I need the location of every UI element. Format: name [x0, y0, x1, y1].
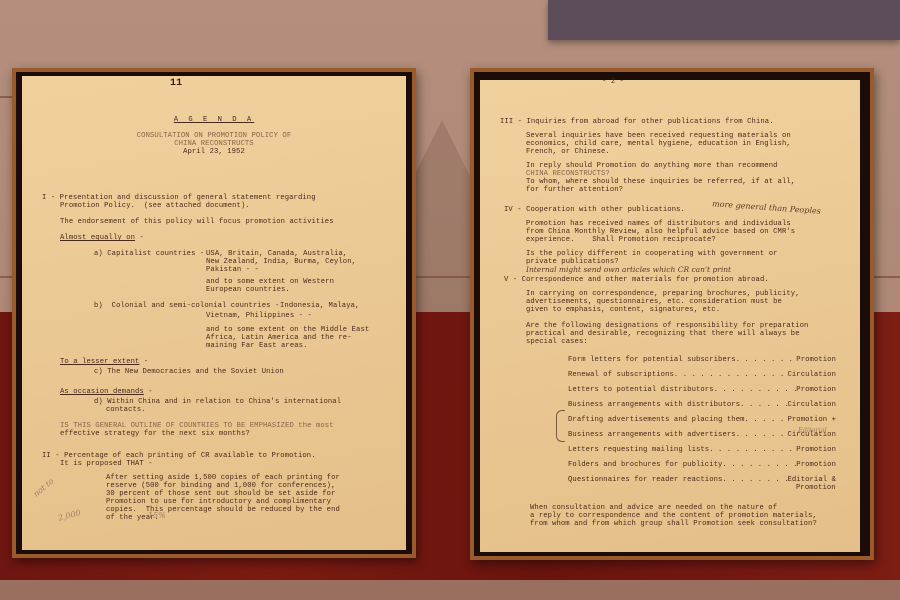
- section-heading: Promotion Policy. (see attached document…: [60, 202, 250, 210]
- department-label: Promotion: [796, 461, 836, 469]
- handwritten-note: Editorial: [798, 426, 827, 434]
- dash: -: [139, 358, 148, 366]
- section-heading: II - Percentage of each printing of CR a…: [42, 452, 316, 460]
- list-item-label: b) Colonial and semi-colonial countries …: [94, 302, 284, 310]
- task-label: Business arrangements with advertisers: [568, 431, 736, 439]
- question-line: practical and desirable, recognizing tha…: [526, 330, 800, 338]
- question-line: special cases:: [526, 338, 588, 346]
- page-number: - 2 -: [602, 78, 624, 86]
- responsibility-row: Questionnaires for reader reactions . . …: [568, 476, 836, 484]
- question-line: In reply should Promotion do anything mo…: [526, 162, 778, 170]
- text-line: maining Far East areas.: [206, 342, 308, 350]
- text-line: and to some extent on the Middle East: [206, 326, 369, 334]
- leader-dots: . . . . . . . . . . . . . . . . . . . . …: [745, 416, 788, 424]
- section-heading: It is proposed THAT -: [60, 460, 153, 468]
- responsibility-row: Folders and brochures for publicity . . …: [568, 461, 836, 469]
- floor: [0, 580, 900, 600]
- dash: -: [144, 388, 153, 396]
- dash: -: [135, 234, 144, 242]
- leader-dots: . . . . . . . . . . . . . . . . . . . . …: [722, 461, 796, 469]
- text-line: Promotion to use for introductory and co…: [106, 498, 331, 506]
- left-document-frame: 11 A G E N D A CONSULTATION ON PROMOTION…: [12, 68, 416, 558]
- text-line: Several inquiries have been received req…: [526, 132, 791, 140]
- handwritten-note: 2,000: [57, 509, 81, 523]
- text-line: experience. Shall Promotion reciprocate?: [526, 236, 716, 244]
- text-line: The endorsement of this policy will focu…: [60, 218, 334, 226]
- wall-panel: [548, 0, 900, 40]
- responsibility-row: Renewal of subscriptions . . . . . . . .…: [568, 371, 836, 379]
- responsibility-row: Form letters for potential subscribers .…: [568, 356, 836, 364]
- country-list: Indonesia, Malaya,: [280, 302, 359, 310]
- right-document-frame: - 2 - III - Inquiries from abroad for ot…: [470, 68, 874, 560]
- handwritten-note: not to: [32, 477, 55, 498]
- section-heading: I - Presentation and discussion of gener…: [42, 194, 316, 202]
- agenda-subtitle: CHINA RECONSTRUCTS: [22, 140, 406, 148]
- task-label: Folders and brochures for publicity: [568, 461, 722, 469]
- handwritten-bracket: [556, 410, 565, 442]
- agenda-subtitle: CONSULTATION ON PROMOTION POLICY OF: [22, 132, 406, 140]
- text-line: French, or Chinese.: [526, 148, 610, 156]
- text-line: and to some extent on Western: [206, 278, 334, 286]
- question-line: To whom, where should these inquiries be…: [526, 178, 795, 186]
- text-line: After setting aside 1,500 copies of each…: [106, 474, 340, 482]
- text-line: 30 percent of those sent out should be s…: [106, 490, 336, 498]
- question-line: for further attention?: [526, 186, 623, 194]
- leader-dots: . . . . . . . . . . . . . . . . . . . . …: [736, 431, 788, 439]
- underlined-heading: Almost equally on: [60, 234, 135, 242]
- leader-dots: . . . . . . . . . . . . . . . . . . . . …: [674, 371, 788, 379]
- country-list: New Zealand, India, Burma, Ceylon,: [206, 258, 356, 266]
- leader-dots: . . . . . . . . . . . . . . . . . . . . …: [740, 401, 787, 409]
- responsibility-row: Letters requesting mailing lists . . . .…: [568, 446, 836, 454]
- leader-dots: . . . . . . . . . . . . . . . . . . . . …: [714, 386, 797, 394]
- page-mark: 11: [170, 80, 182, 88]
- text-line: In carrying on correspondence, preparing…: [526, 290, 800, 298]
- task-label: Letters requesting mailing lists: [568, 446, 709, 454]
- text-line: Africa, Latin America and the re-: [206, 334, 352, 342]
- text-line: economics, child care, mental hygiene, e…: [526, 140, 791, 148]
- underlined-heading: To a lesser extent: [60, 358, 139, 366]
- leader-dots: . . . . . . . . . . . . . . . . . . . . …: [736, 356, 797, 364]
- department-label: Promotion: [796, 386, 836, 394]
- department-label: Circulation: [787, 401, 836, 409]
- department-label: Editorial &: [787, 476, 836, 484]
- question-line: Is the policy different in cooperating w…: [526, 250, 778, 258]
- section-heading: III - Inquiries from abroad for other pu…: [500, 118, 774, 126]
- task-label: Letters to potential distributors: [568, 386, 714, 394]
- task-label: Form letters for potential subscribers: [568, 356, 736, 364]
- text-line: copies. This percentage should be reduce…: [106, 506, 340, 514]
- left-document-page: 11 A G E N D A CONSULTATION ON PROMOTION…: [22, 76, 406, 550]
- responsibility-row: Business arrangements with distributors …: [568, 401, 836, 409]
- closing-question: from whom and from which group shall Pro…: [530, 520, 817, 528]
- text-line: contacts.: [106, 406, 146, 414]
- agenda-title: A G E N D A: [22, 116, 406, 124]
- right-document-page: - 2 - III - Inquiries from abroad for ot…: [480, 80, 860, 552]
- handwritten-note: more general than Peoples: [712, 200, 821, 216]
- question-line: CHINA RECONSTRUCTS?: [526, 170, 610, 178]
- text-line: Promotion has received names of distribu…: [526, 220, 791, 228]
- handwritten-note: 15%: [148, 512, 166, 520]
- agenda-date: April 23, 1952: [22, 148, 406, 156]
- section-heading: V - Correspondence and other materials f…: [504, 276, 769, 284]
- country-list: USA, Britain, Canada, Australia,: [206, 250, 347, 258]
- text-line: d) Within China and in relation to China…: [94, 398, 341, 406]
- text-line: reserve (500 for binding and 1,000 for c…: [106, 482, 336, 490]
- task-label: Drafting advertisements and placing them: [568, 416, 745, 424]
- department-label: Circulation: [787, 371, 836, 379]
- responsibility-row: Letters to potential distributors . . . …: [568, 386, 836, 394]
- responsibility-row: Drafting advertisements and placing them…: [568, 416, 836, 424]
- task-label: Renewal of subscriptions: [568, 371, 674, 379]
- department-label: Promotion: [796, 446, 836, 454]
- department-label: Promotion: [796, 356, 836, 364]
- text-line: c) The New Democracies and the Soviet Un…: [94, 368, 284, 376]
- text-line: advertisements, questionnaires, etc. con…: [526, 298, 782, 306]
- leader-dots: . . . . . . . . . . . . . . . . . . . . …: [709, 446, 796, 454]
- section-heading: IV - Cooperation with other publications…: [504, 206, 685, 214]
- handwritten-note: Internal might send own articles which C…: [526, 266, 731, 274]
- question-line: effective strategy for the next six mont…: [60, 430, 250, 438]
- responsibility-row: Business arrangements with advertisers .…: [568, 431, 836, 439]
- text-line: given to emphasis, content, signatures, …: [526, 306, 720, 314]
- question-line: IS THIS GENERAL OUTLINE OF COUNTRIES TO …: [60, 422, 334, 430]
- closing-question: When consultation and advice are needed …: [530, 504, 777, 512]
- underlined-heading: As occasion demands: [60, 388, 144, 396]
- list-item-label: a) Capitalist countries -: [94, 250, 209, 258]
- closing-question: a reply to correspondence and the conten…: [530, 512, 817, 520]
- department-label: Promotion: [796, 484, 836, 492]
- text-line: from China Monthly Review, also helpful …: [526, 228, 795, 236]
- task-label: Business arrangements with distributors: [568, 401, 740, 409]
- department-label: Promotion +: [787, 416, 836, 424]
- task-label: Questionnaires for reader reactions: [568, 476, 722, 484]
- question-line: Are the following designations of respon…: [526, 322, 808, 330]
- leader-dots: . . . . . . . . . . . . . . . . . . . . …: [722, 476, 787, 484]
- text-line: European countries.: [206, 286, 290, 294]
- country-list: Vietnam, Philippines - -: [206, 312, 312, 320]
- country-list: Pakistan - -: [206, 266, 259, 274]
- wall-shadow: [412, 120, 472, 320]
